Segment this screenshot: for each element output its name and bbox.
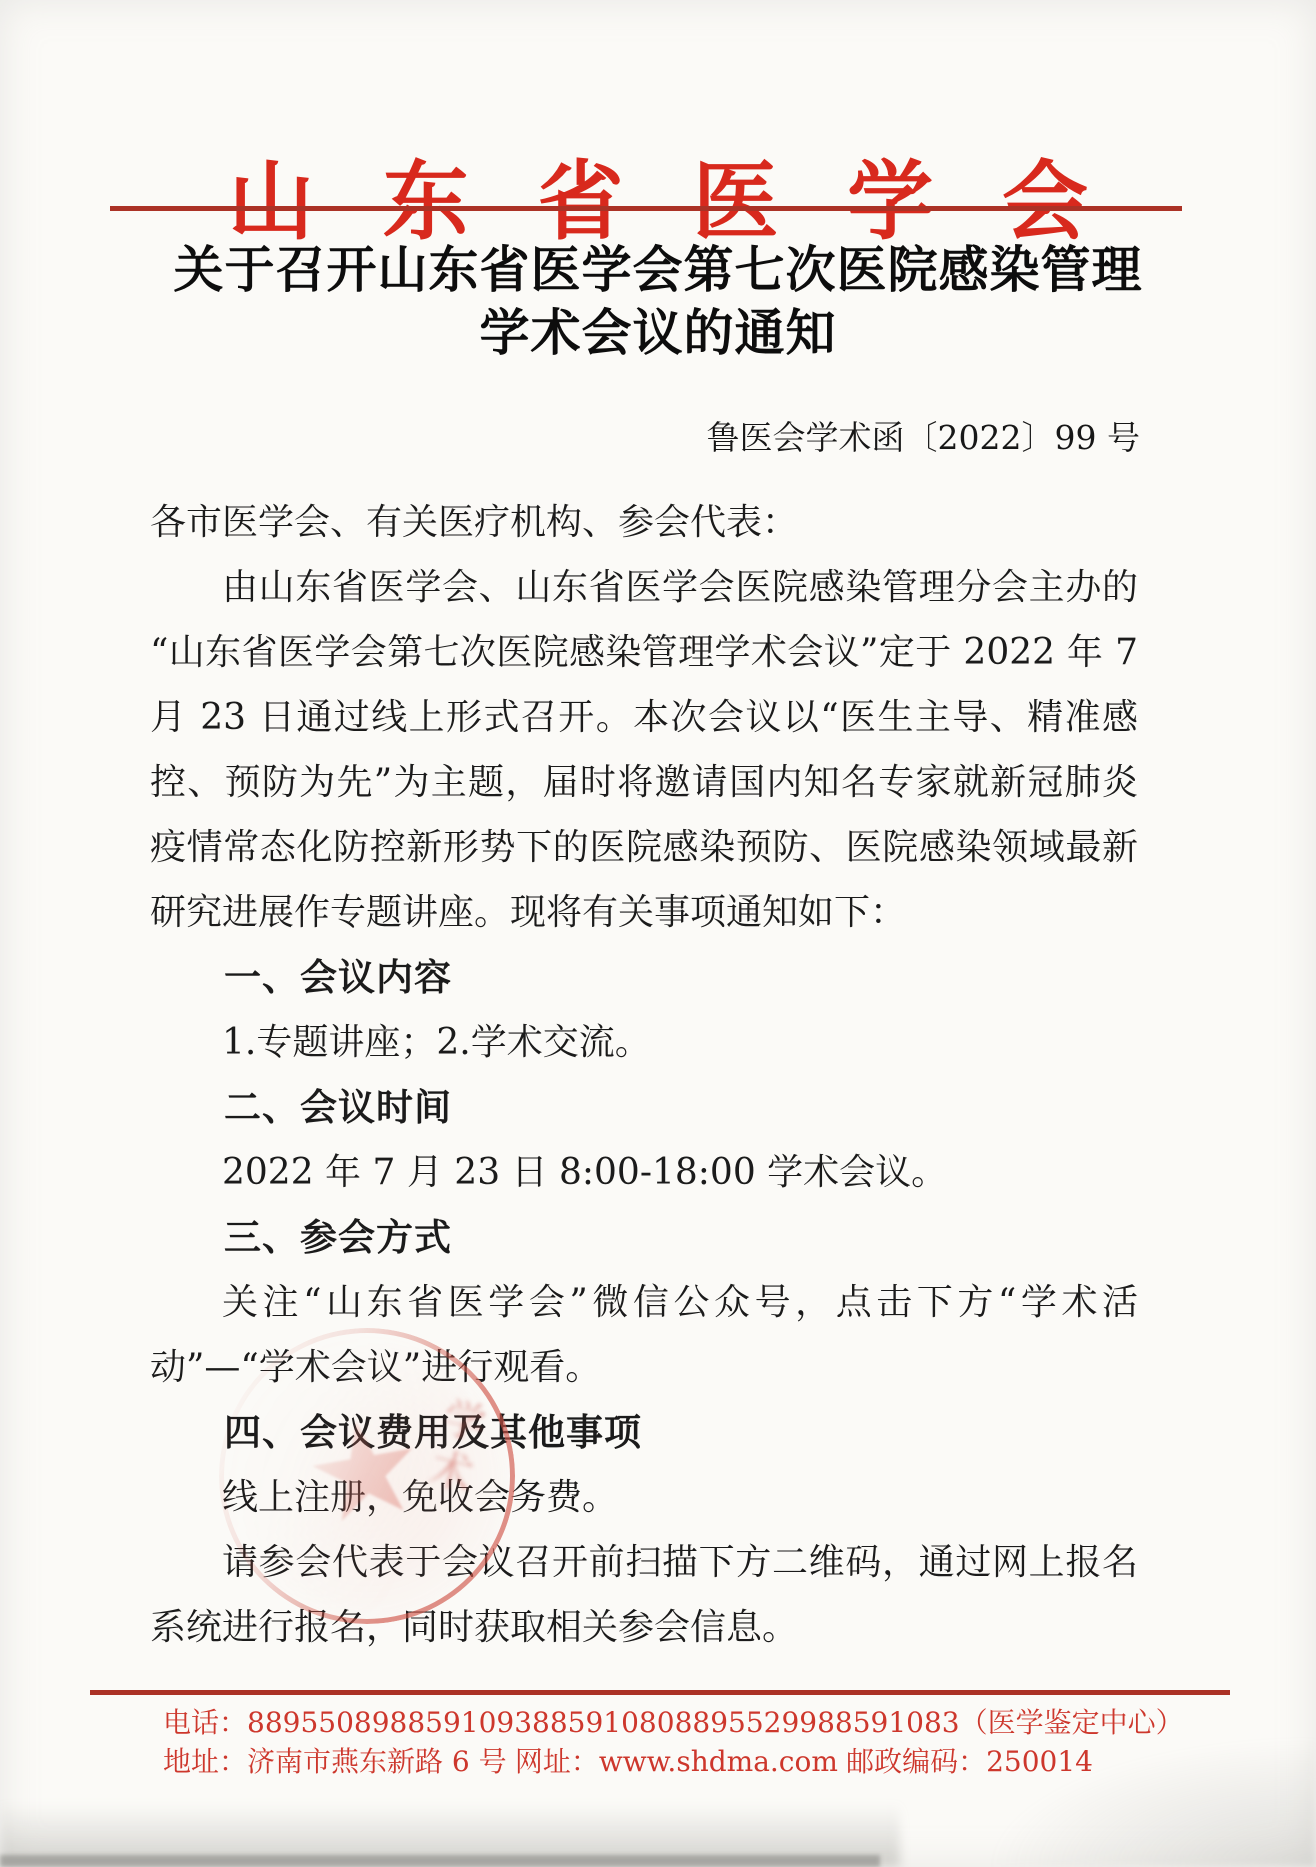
letter-body: 各市医学会、有关医疗机构、参会代表： 由山东省医学会、山东省医学会医院感染管理分… [150, 490, 1138, 1660]
paragraph-line: 请参会代表于会议召开前扫描下方二维码，通过网上报名 [150, 1530, 1138, 1595]
scan-artifact [0, 1782, 900, 1867]
paragraph-line: 2022 年 7 月 23 日 8:00-18:00 学术会议。 [150, 1140, 1138, 1205]
footer-website: 网址：www.shdma.com [515, 1744, 838, 1780]
header-divider-line [110, 206, 1182, 211]
document-title: 关于召开山东省医学会第七次医院感染管理 学术会议的通知 [0, 238, 1316, 364]
paragraph-line: “山东省医学会第七次医院感染管理学术会议”定于 2022 年 7 [150, 620, 1138, 685]
scanned-notice-page: 山东省医学会 关于召开山东省医学会第七次医院感染管理 学术会议的通知 鲁医会学术… [0, 0, 1316, 1867]
paragraph-line: 系统进行报名，同时获取相关参会信息。 [150, 1595, 1138, 1660]
document-title-line-2: 学术会议的通知 [0, 301, 1316, 364]
scan-artifact [0, 1855, 880, 1867]
section-heading-1: 一、会议内容 [150, 945, 1138, 1010]
footer-postal-code: 邮政编码：250014 [846, 1744, 1093, 1780]
document-title-line-1: 关于召开山东省医学会第七次医院感染管理 [0, 238, 1316, 301]
salutation: 各市医学会、有关医疗机构、参会代表： [150, 490, 1138, 555]
footer-phone-number: 88955299 [675, 1705, 818, 1741]
paragraph-line: 动”—“学术会议”进行观看。 [150, 1335, 1138, 1400]
footer-phone-label-and-number: 电话：88955089 [163, 1705, 390, 1741]
footer-phone-appraisal-center: 88591083（医学鉴定中心） [817, 1705, 1184, 1741]
section-heading-4: 四、会议费用及其他事项 [150, 1400, 1138, 1465]
paragraph-line: 研究进展作专题讲座。现将有关事项通知如下： [150, 880, 1138, 945]
org-name: 山东省医学会 [0, 132, 1316, 256]
reference-number: 鲁医会学术函〔2022〕99 号 [707, 412, 1140, 459]
paragraph-line: 1.专题讲座；2.学术交流。 [150, 1010, 1138, 1075]
footer-address: 地址：济南市燕东新路 6 号 [163, 1744, 507, 1780]
paragraph-line: 月 23 日通过线上形式召开。本次会议以“医生主导、精准感 [150, 685, 1138, 750]
footer-phone-number: 88591093 [390, 1705, 533, 1741]
section-heading-2: 二、会议时间 [150, 1075, 1138, 1140]
footer-divider-line [90, 1690, 1230, 1695]
paragraph-line: 关注“山东省医学会”微信公众号，点击下方“学术活 [150, 1270, 1138, 1335]
paragraph-line: 控、预防为先”为主题，届时将邀请国内知名专家就新冠肺炎 [150, 750, 1138, 815]
paragraph-line: 线上注册，免收会务费。 [150, 1465, 1138, 1530]
section-heading-3: 三、参会方式 [150, 1205, 1138, 1270]
paragraph-line: 由山东省医学会、山东省医学会医院感染管理分会主办的 [150, 555, 1138, 620]
footer-address-row: 地址：济南市燕东新路 6 号 网址：www.shdma.com 邮政编码：250… [163, 1744, 1093, 1780]
footer-contact-row: 电话：88955089 88591093 88591080 88955299 8… [163, 1705, 1138, 1741]
footer-phone-number: 88591080 [532, 1705, 675, 1741]
paragraph-line: 疫情常态化防控新形势下的医院感染预防、医院感染领域最新 [150, 815, 1138, 880]
